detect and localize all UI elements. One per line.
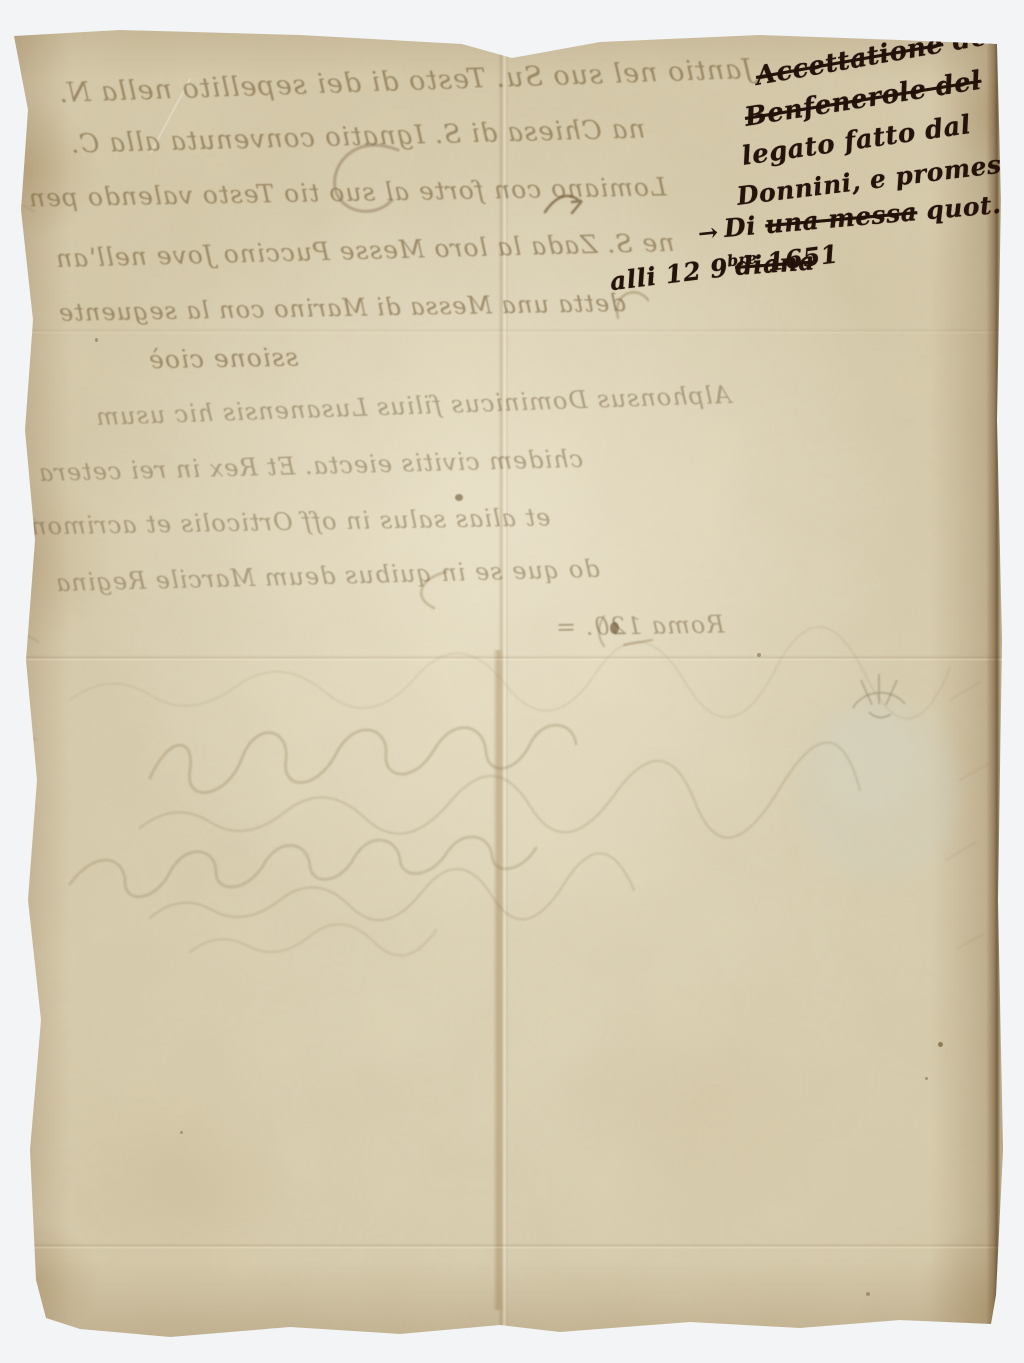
bleedthrough-line: na Chiesa di S. Ignatio convenuta alla C… <box>70 114 646 159</box>
ink-speck <box>180 1131 183 1134</box>
bleedthrough-line: Jantio nel suo Su. Testo di dei sepellit… <box>58 54 754 109</box>
bleedthrough-line: ne S. Zada la loro Messe Puccino Jove ne… <box>55 228 675 273</box>
date-superscript: bre <box>726 248 758 271</box>
bleedthrough-line: do que se in quibus deum Marcile Regina <box>55 555 600 597</box>
right-page-edge <box>986 40 1000 1331</box>
annotation-arrow-icon: → <box>696 217 719 248</box>
annotation-text: Di <box>723 210 767 242</box>
bleedthrough-line: ssione cioè <box>148 343 299 375</box>
bleedthrough-line: detta una Messa di Marino con la seguent… <box>58 289 626 327</box>
bleedthrough-line: et alias salus in off Orticolis et acrim… <box>30 503 551 540</box>
ink-speck <box>95 338 98 342</box>
scan-background: Jantio nel suo Su. Testo di dei sepellit… <box>0 0 1024 1363</box>
ink-speck <box>866 1292 870 1296</box>
date-year: 1651 <box>756 239 840 278</box>
ink-blot <box>455 494 463 501</box>
horizontal-crease <box>20 1243 1004 1249</box>
ink-speck <box>757 653 761 657</box>
manuscript-page: Jantio nel suo Su. Testo di dei sepellit… <box>0 0 1024 1363</box>
fold-stain <box>493 650 504 1310</box>
ink-speck <box>925 1077 928 1080</box>
bleedthrough-line: Alphonsus Dominicus filius Lusanensis hi… <box>95 381 732 431</box>
bleedthrough-line: Roma 120. = <box>555 611 725 642</box>
bleedthrough-line: Lomiano con forte al suo tio Testo valen… <box>28 172 667 212</box>
date-text: alli 12 9 <box>608 253 729 296</box>
horizontal-crease <box>20 655 1004 661</box>
horizontal-crease <box>20 328 1004 334</box>
ink-speck <box>938 1042 943 1047</box>
